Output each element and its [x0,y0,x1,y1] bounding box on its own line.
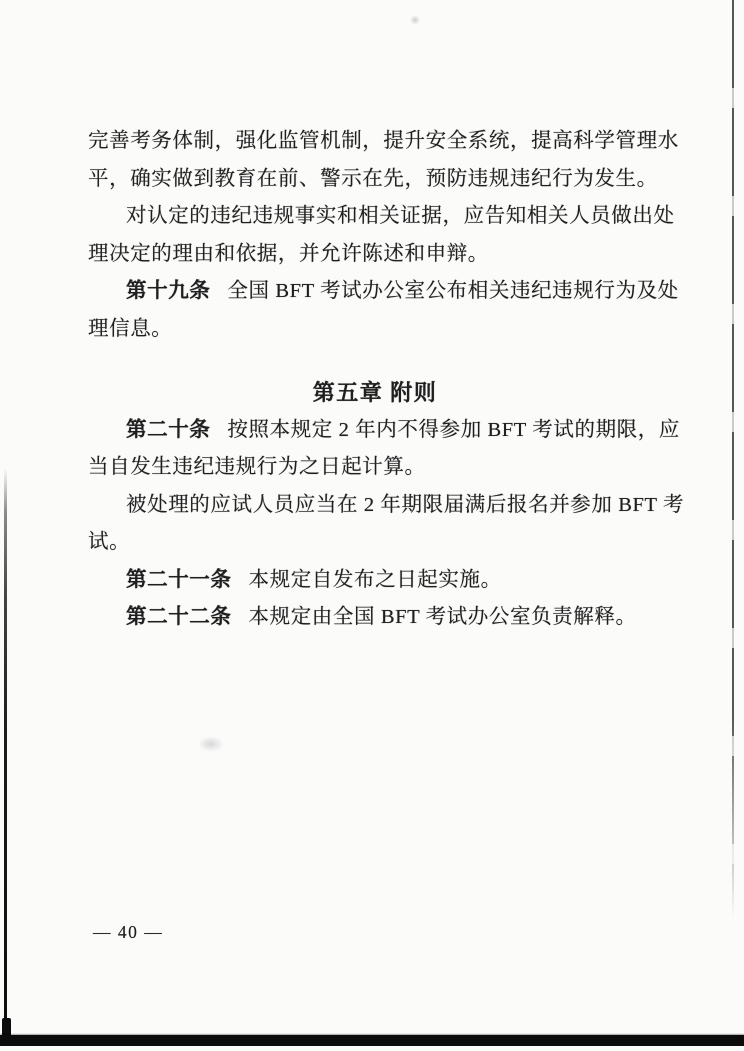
line-text: 平，确实做到教育在前、警示在先，预防违规违纪行为发生。 [88,168,658,190]
text-line: 当自发生违纪违规行为之日起计算。 [88,449,662,487]
line-text: 本规定由全国 BFT 考试办公室负责解释。 [249,606,637,628]
chapter-heading: 第五章 附则 [88,374,662,412]
scan-speck [410,15,420,25]
line-text: 被处理的应试人员应当在 2 年期限届满后报名并参加 BFT 考 [126,494,684,516]
line-text: 本规定自发布之日起实施。 [249,569,502,591]
scan-edge-right-line [732,0,734,918]
line-text: 按照本规定 2 年内不得参加 BFT 考试的期限，应 [227,419,680,441]
article-number: 第二十一条 [126,569,232,591]
text-line: 理决定的理由和依据，并允许陈述和申辩。 [88,236,662,274]
text-line: 第二十一条本规定自发布之日起实施。 [88,562,662,600]
text-line: 对认定的违纪违规事实和相关证据，应告知相关人员做出处 [88,198,662,236]
article-number: 第二十条 [126,419,210,441]
scan-edge-bottom-bar [0,1035,744,1046]
text-line: 第十九条全国 BFT 考试办公室公布相关违纪违规行为及处 [88,273,662,311]
scan-edge-left-line [4,468,7,1046]
text-line: 理信息。 [88,311,662,349]
line-text: 理决定的理由和依据，并允许陈述和申辩。 [88,243,489,265]
page-number: — 40 — [93,922,163,943]
line-text: 全国 BFT 考试办公室公布相关违纪违规行为及处 [227,280,678,302]
line-text: 完善考务体制，强化监管机制，提升安全系统，提高科学管理水 [88,130,679,152]
scanned-document-page: 完善考务体制，强化监管机制，提升安全系统，提高科学管理水 平，确实做到教育在前、… [0,0,744,1051]
line-text: 理信息。 [88,318,172,340]
article-number: 第二十二条 [126,606,232,628]
text-line: 被处理的应试人员应当在 2 年期限届满后报名并参加 BFT 考 [88,487,662,525]
text-line: 完善考务体制，强化监管机制，提升安全系统，提高科学管理水 [88,123,662,161]
scan-speck [198,736,224,752]
article-number: 第十九条 [126,280,210,302]
text-line: 第二十条按照本规定 2 年内不得参加 BFT 考试的期限，应 [88,412,662,450]
text-line: 试。 [88,524,662,562]
line-text: 试。 [88,531,130,553]
line-text: 当自发生违纪违规行为之日起计算。 [88,456,426,478]
text-line: 平，确实做到教育在前、警示在先，预防违规违纪行为发生。 [88,161,662,199]
line-text: 对认定的违纪违规事实和相关证据，应告知相关人员做出处 [126,205,675,227]
document-body: 完善考务体制，强化监管机制，提升安全系统，提高科学管理水 平，确实做到教育在前、… [88,123,662,637]
text-line: 第二十二条本规定由全国 BFT 考试办公室负责解释。 [88,599,662,637]
